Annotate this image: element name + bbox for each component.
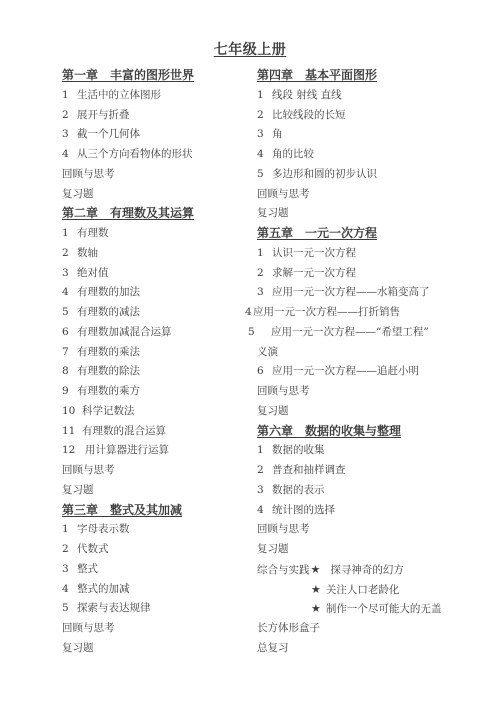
star-item-title: 关注人口老龄化 bbox=[326, 584, 400, 596]
item-title: 用计算器进行运算 bbox=[85, 444, 169, 456]
toc-item: 5应用一元一次方程——“希望工程” bbox=[248, 323, 500, 343]
item-number: 1 bbox=[62, 520, 77, 540]
toc-text-line: 回顾与思考 bbox=[62, 619, 258, 639]
item-title: 有理数 bbox=[77, 227, 109, 239]
toc-text-line: 复习题 bbox=[257, 540, 500, 560]
toc-item: 6应用一元一次方程——追赶小明 bbox=[257, 362, 500, 382]
item-number: 3 bbox=[257, 283, 272, 303]
chapter-heading-text: 第一章 丰富的图形世界 bbox=[62, 68, 194, 82]
item-title: 从三个方向看物体的形状 bbox=[77, 148, 193, 160]
toc-item: 3整式 bbox=[62, 560, 258, 580]
toc-item: 1有理数 bbox=[62, 224, 258, 244]
item-title: 多边形和圆的初步认识 bbox=[272, 168, 377, 180]
toc-item: 2代数式 bbox=[62, 540, 258, 560]
chapter-heading-text: 第六章 数据的收集与整理 bbox=[257, 424, 401, 438]
toc-item: 3角 bbox=[257, 125, 500, 145]
chapter-heading-text: 第三章 整式及其加减 bbox=[62, 503, 182, 517]
practice-title: 探寻神奇的幻方 bbox=[330, 564, 404, 576]
item-title: 角的比较 bbox=[272, 148, 314, 160]
toc-item: 1线段 射线 直线 bbox=[257, 86, 500, 106]
item-title: 数据的表示 bbox=[272, 484, 325, 496]
item-number: 2 bbox=[62, 540, 77, 560]
item-number: 4 bbox=[62, 145, 77, 165]
item-title: 截一个几何体 bbox=[77, 128, 140, 140]
chapter-heading: 第二章 有理数及其运算 bbox=[62, 204, 258, 224]
item-number: 3 bbox=[62, 264, 77, 284]
toc-item: 3截一个几何体 bbox=[62, 125, 258, 145]
toc-item: 2求解一元一次方程 bbox=[257, 264, 500, 284]
star-icon: ★ bbox=[311, 602, 321, 615]
toc-text-line: 复习题 bbox=[62, 639, 258, 659]
item-number: 8 bbox=[62, 362, 77, 382]
item-number: 1 bbox=[257, 86, 272, 106]
item-title: 整式的加减 bbox=[77, 583, 130, 595]
toc-item: 5多边形和圆的初步认识 bbox=[257, 165, 500, 185]
document-page: 七年级上册 第一章 丰富的图形世界1生活中的立体图形2展开与折叠3截一个几何体4… bbox=[0, 0, 500, 708]
item-title: 线段 射线 直线 bbox=[272, 89, 342, 101]
item-number: 2 bbox=[257, 461, 272, 481]
item-title: 数据的收集 bbox=[272, 444, 325, 456]
item-title: 有理数的除法 bbox=[77, 365, 140, 377]
item-number: 5 bbox=[248, 323, 271, 343]
item-title: 数轴 bbox=[77, 247, 98, 259]
item-number: 6 bbox=[257, 362, 272, 382]
toc-text-line: 回顾与思考 bbox=[257, 185, 500, 205]
item-title: 认识一元一次方程 bbox=[272, 247, 356, 259]
item-title: 普查和抽样调查 bbox=[272, 464, 346, 476]
practice-heading: 综合与实践★探寻神奇的幻方 bbox=[257, 560, 500, 580]
toc-item: 3应用一元一次方程——水箱变高了 bbox=[257, 283, 500, 303]
chapter-heading: 第三章 整式及其加减 bbox=[62, 501, 258, 521]
item-title: 比较线段的长短 bbox=[272, 109, 346, 121]
toc-item: 1生活中的立体图形 bbox=[62, 86, 258, 106]
chapter-heading: 第一章 丰富的图形世界 bbox=[62, 66, 258, 86]
item-title: 有理数的减法 bbox=[77, 306, 140, 318]
item-number: 5 bbox=[257, 165, 272, 185]
item-title: 代数式 bbox=[77, 543, 109, 555]
star-item-title: 制作一个尽可能大的无盖 bbox=[326, 603, 442, 615]
item-number: 1 bbox=[257, 244, 272, 264]
item-number: 4 bbox=[245, 303, 253, 323]
toc-column-right: 第四章 基本平面图形1线段 射线 直线2比较线段的长短3角4角的比较5多边形和圆… bbox=[257, 66, 500, 659]
item-title: 有理数的乘方 bbox=[77, 385, 140, 397]
item-title: 生活中的立体图形 bbox=[77, 89, 161, 101]
toc-item: 4统计图的选择 bbox=[257, 501, 500, 521]
practice-label: 综合与实践 bbox=[257, 564, 310, 576]
item-title: 统计图的选择 bbox=[272, 504, 335, 516]
chapter-heading-text: 第二章 有理数及其运算 bbox=[62, 206, 194, 220]
toc-item: 4整式的加减 bbox=[62, 580, 258, 600]
toc-text-line: 长方体形盒子 bbox=[257, 619, 500, 639]
item-title: 科学记数法 bbox=[82, 405, 135, 417]
toc-text-line: 义演 bbox=[257, 343, 500, 363]
toc-item: 1认识一元一次方程 bbox=[257, 244, 500, 264]
item-title: 角 bbox=[272, 128, 283, 140]
item-title: 探索与表达规律 bbox=[77, 602, 151, 614]
toc-text-line: 复习题 bbox=[257, 402, 500, 422]
toc-item: 1数据的收集 bbox=[257, 441, 500, 461]
toc-text-line: 总复习 bbox=[257, 639, 500, 659]
toc-item: 4从三个方向看物体的形状 bbox=[62, 145, 258, 165]
toc-text-line: 复习题 bbox=[62, 185, 258, 205]
star-icon: ★ bbox=[311, 563, 321, 576]
toc-item: 8有理数的除法 bbox=[62, 362, 258, 382]
item-title: 有理数的加法 bbox=[77, 286, 140, 298]
item-number: 1 bbox=[257, 441, 272, 461]
star-icon: ★ bbox=[311, 583, 321, 596]
page-title-text: 七年级上册 bbox=[214, 42, 287, 58]
item-number: 3 bbox=[257, 481, 272, 501]
item-number: 1 bbox=[62, 86, 77, 106]
item-title: 有理数的乘法 bbox=[77, 346, 140, 358]
item-number: 2 bbox=[62, 106, 77, 126]
item-number: 9 bbox=[62, 382, 77, 402]
item-number: 1 bbox=[62, 224, 77, 244]
chapter-heading-text: 第五章 一元一次方程 bbox=[257, 226, 377, 240]
item-number: 4 bbox=[257, 145, 272, 165]
toc-item: 1字母表示数 bbox=[62, 520, 258, 540]
chapter-heading-text: 第四章 基本平面图形 bbox=[257, 68, 377, 82]
star-item: ★制作一个尽可能大的无盖 bbox=[257, 599, 500, 619]
toc-item: 2普查和抽样调查 bbox=[257, 461, 500, 481]
toc-text-line: 回顾与思考 bbox=[62, 461, 258, 481]
toc-item: 4有理数的加法 bbox=[62, 283, 258, 303]
toc-item: 2比较线段的长短 bbox=[257, 106, 500, 126]
item-title: 整式 bbox=[77, 563, 98, 575]
toc-item: 5探索与表达规律 bbox=[62, 599, 258, 619]
toc-item: 11有理数的混合运算 bbox=[62, 422, 258, 442]
chapter-heading: 第五章 一元一次方程 bbox=[257, 224, 500, 244]
star-item: ★关注人口老龄化 bbox=[257, 580, 500, 600]
item-number: 5 bbox=[62, 303, 77, 323]
toc-column-left: 第一章 丰富的图形世界1生活中的立体图形2展开与折叠3截一个几何体4从三个方向看… bbox=[62, 66, 258, 659]
item-number: 3 bbox=[62, 560, 77, 580]
toc-item: 7有理数的乘法 bbox=[62, 343, 258, 363]
item-title: 求解一元一次方程 bbox=[272, 267, 356, 279]
item-title: 绝对值 bbox=[77, 267, 109, 279]
toc-item: 3绝对值 bbox=[62, 264, 258, 284]
toc-item: 9有理数的乘方 bbox=[62, 382, 258, 402]
item-title: 有理数加减混合运算 bbox=[77, 326, 172, 338]
item-number: 3 bbox=[62, 125, 77, 145]
toc-item: 3数据的表示 bbox=[257, 481, 500, 501]
toc-item: 4应用一元一次方程——打折销售 bbox=[245, 303, 500, 323]
item-title: 展开与折叠 bbox=[77, 109, 130, 121]
item-number: 7 bbox=[62, 343, 77, 363]
item-number: 4 bbox=[62, 580, 77, 600]
item-title: 应用一元一次方程——打折销售 bbox=[253, 306, 400, 318]
item-number: 12 bbox=[62, 441, 85, 461]
toc-item: 5有理数的减法 bbox=[62, 303, 258, 323]
item-title: 字母表示数 bbox=[77, 523, 130, 535]
toc-text-line: 回顾与思考 bbox=[257, 382, 500, 402]
toc-item: 2展开与折叠 bbox=[62, 106, 258, 126]
item-number: 2 bbox=[62, 244, 77, 264]
chapter-heading: 第六章 数据的收集与整理 bbox=[257, 422, 500, 442]
item-title: 应用一元一次方程——追赶小明 bbox=[272, 365, 419, 377]
item-number: 3 bbox=[257, 125, 272, 145]
item-number: 2 bbox=[257, 106, 272, 126]
toc-text-line: 回顾与思考 bbox=[62, 165, 258, 185]
item-title: 应用一元一次方程——水箱变高了 bbox=[272, 286, 430, 298]
toc-text-line: 回顾与思考 bbox=[257, 520, 500, 540]
toc-text-line: 复习题 bbox=[62, 481, 258, 501]
toc-item: 6有理数加减混合运算 bbox=[62, 323, 258, 343]
item-number: 4 bbox=[62, 283, 77, 303]
item-number: 5 bbox=[62, 599, 77, 619]
item-number: 4 bbox=[257, 501, 272, 521]
chapter-heading: 第四章 基本平面图形 bbox=[257, 66, 500, 86]
toc-item: 2数轴 bbox=[62, 244, 258, 264]
item-number: 11 bbox=[62, 422, 82, 442]
toc-text-line: 复习题 bbox=[257, 204, 500, 224]
toc-item: 10科学记数法 bbox=[62, 402, 258, 422]
item-title: 应用一元一次方程——“希望工程” bbox=[271, 326, 429, 338]
item-number: 10 bbox=[62, 402, 82, 422]
toc-item: 12用计算器进行运算 bbox=[62, 441, 258, 461]
item-number: 6 bbox=[62, 323, 77, 343]
item-number: 2 bbox=[257, 264, 272, 284]
item-title: 有理数的混合运算 bbox=[82, 425, 166, 437]
page-title: 七年级上册 bbox=[0, 40, 500, 60]
toc-item: 4角的比较 bbox=[257, 145, 500, 165]
